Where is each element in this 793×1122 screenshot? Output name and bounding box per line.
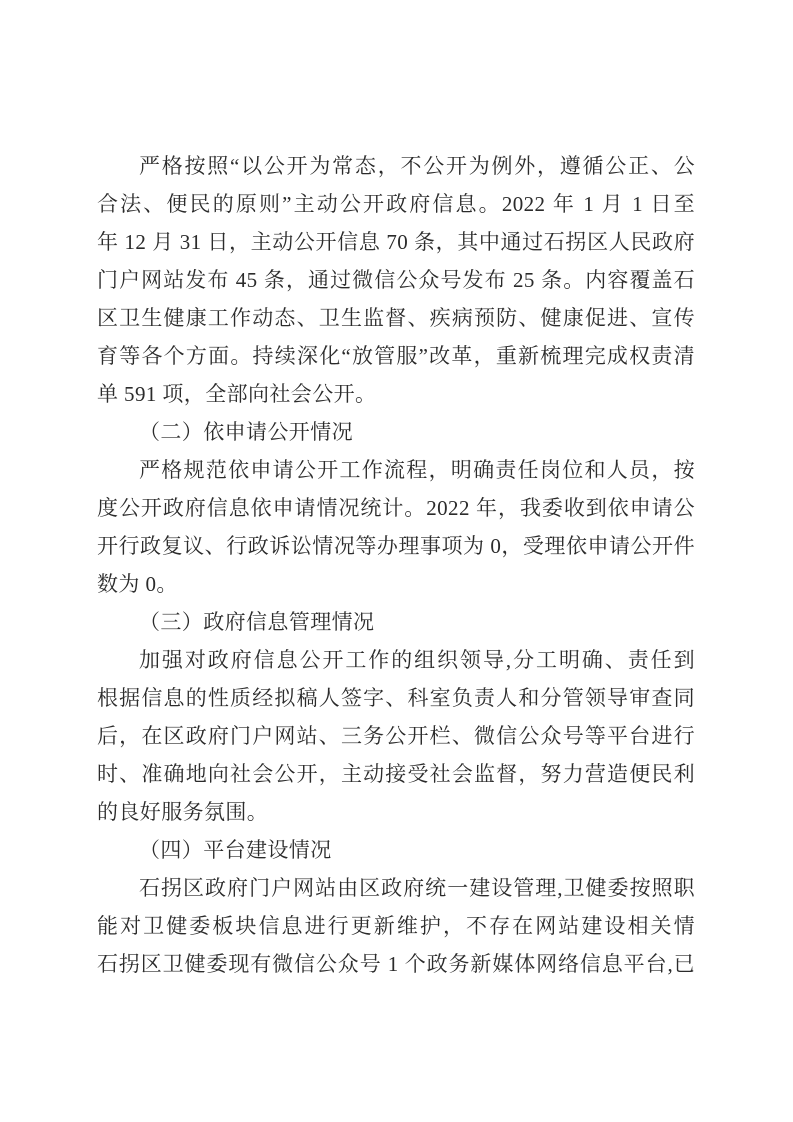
section-heading: （三）政府信息管理情况 [97,603,695,641]
text-line: （三）政府信息管理情况 [97,603,695,641]
text-line: 能对卫健委板块信息进行更新维护，不存在网站建设相关情况。 [97,907,695,945]
text-line: 度公开政府信息依申请情况统计。2022 年，我委收到依申请公 [97,489,695,527]
text-line: 严格按照“以公开为常态，不公开为例外，遵循公正、公平、 [97,147,695,185]
text-line: 育等各个方面。持续深化“放管服”改革，重新梳理完成权责清 [97,337,695,375]
text-line: 后，在区政府门户网站、三务公开栏、微信公众号等平台进行及 [97,717,695,755]
section-heading: （二）依申请公开情况 [97,413,695,451]
text-line: 开行政复议、行政诉讼情况等办理事项为 0，受理依申请公开件 [97,527,695,565]
text-line: 时、准确地向社会公开，主动接受社会监督，努力营造便民利民 [97,755,695,793]
document-page: 严格按照“以公开为常态，不公开为例外，遵循公正、公平、合法、便民的原则”主动公开… [0,0,793,1122]
text-line: 合法、便民的原则”主动公开政府信息。2022 年 1 月 1 日至 2022 [97,185,695,223]
text-line: （四）平台建设情况 [97,831,695,869]
body-paragraph: 严格规范依申请公开工作流程，明确责任岗位和人员，按季度公开政府信息依申请情况统计… [97,451,695,603]
body-paragraph: 石拐区政府门户网站由区政府统一建设管理,卫健委按照职能对卫健委板块信息进行更新维… [97,869,695,983]
text-line: 石拐区政府门户网站由区政府统一建设管理,卫健委按照职 [97,869,695,907]
text-line: 数为 0。 [97,565,695,603]
text-line: 的良好服务氛围。 [97,793,695,831]
text-line: 严格规范依申请公开工作流程，明确责任岗位和人员，按季 [97,451,695,489]
document-body: 严格按照“以公开为常态，不公开为例外，遵循公正、公平、合法、便民的原则”主动公开… [97,147,695,983]
section-heading: （四）平台建设情况 [97,831,695,869]
text-line: 门户网站发布 45 条，通过微信公众号发布 25 条。内容覆盖石拐 [97,261,695,299]
text-line: 加强对政府信息公开工作的组织领导,分工明确、责任到人， [97,641,695,679]
text-line: 石拐区卫健委现有微信公众号 1 个政务新媒体网络信息平台,已 [97,945,695,983]
text-line: 根据信息的性质经拟稿人签字、科室负责人和分管领导审查同意 [97,679,695,717]
text-line: 单 591 项，全部向社会公开。 [97,375,695,413]
body-paragraph: 严格按照“以公开为常态，不公开为例外，遵循公正、公平、合法、便民的原则”主动公开… [97,147,695,413]
text-line: 年 12 月 31 日，主动公开信息 70 条，其中通过石拐区人民政府 [97,223,695,261]
text-line: （二）依申请公开情况 [97,413,695,451]
text-line: 区卫生健康工作动态、卫生监督、疾病预防、健康促进、宣传教 [97,299,695,337]
body-paragraph: 加强对政府信息公开工作的组织领导,分工明确、责任到人，根据信息的性质经拟稿人签字… [97,641,695,831]
